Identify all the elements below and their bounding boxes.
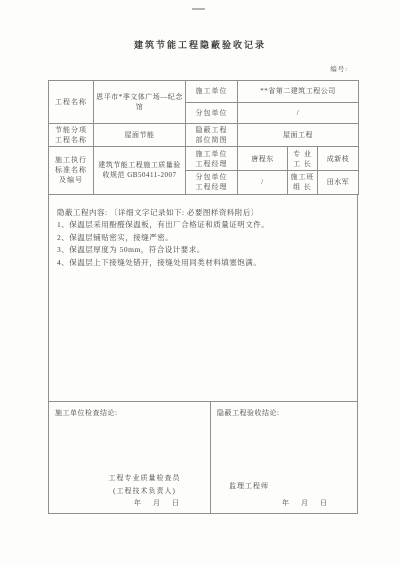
construction-check-title: 施工单位检查结论: (55, 408, 204, 418)
supervisor-signature-line: 监理工程师 (211, 480, 287, 493)
acceptance-conclusion-box: 隐蔽工程验收结论: 监理工程师 年 月 日 (211, 402, 357, 513)
foreman-value: 成新枝 (318, 147, 359, 171)
left-date-line: 年 月 日 (134, 498, 180, 508)
sub-manager-label: 分包单位 工程经理 (186, 171, 238, 194)
inspector-signature-block: 工程专业质量检查员 (工程技术负责人) (79, 472, 210, 498)
manager-value: 唐程东 (238, 147, 288, 171)
crew-leader-label: 施工班 组 长 (288, 171, 318, 194)
supervisor-signature-block: 监理工程师 (211, 480, 287, 493)
manager-label: 施工单位 工程经理 (186, 147, 238, 171)
project-name-label: 工程名称 (49, 81, 94, 124)
content-item-4: 4、保温层上下接缝处错开，接缝处用同类材料填塞饱满。 (57, 257, 347, 270)
content-item-3: 3、保温层厚度为 50mm，符合设计要求。 (57, 244, 347, 257)
hidden-part-label: 隐蔽工程 部位简图 (186, 124, 238, 147)
conclusion-row: 施工单位检查结论: 工程专业质量检查员 (工程技术负责人) 年 月 日 隐蔽工程… (48, 402, 358, 514)
document-title: 建筑节能工程隐蔽验收记录 (0, 38, 400, 51)
record-form: 工程名称 恩平市*季文体广场—纪念馆 施工单位 **省第二建筑工程公司 分包单位… (48, 80, 358, 514)
crew-leader-value: 田水军 (318, 171, 359, 194)
sub-manager-value: / (238, 171, 288, 194)
hidden-part-value: 屋面工程 (238, 124, 359, 147)
content-item-2: 2、保温层铺贴密实，接缝严密。 (57, 232, 347, 245)
right-date-line: 年 月 日 (282, 498, 328, 508)
scan-artifact-mark (192, 8, 205, 10)
acceptance-title: 隐蔽工程验收结论: (217, 408, 351, 418)
subcontract-unit-label: 分包单位 (186, 103, 238, 124)
content-item-1: 1、保温层采用酚醛保温板，有出厂合格证和质量证明文件。 (57, 219, 347, 232)
energy-item-value: 屋面节能 (94, 124, 186, 147)
construction-unit-value: **省第二建筑工程公司 (238, 81, 359, 103)
number-label: 编号: (330, 64, 348, 73)
project-name-value: 恩平市*季文体广场—纪念馆 (94, 81, 186, 124)
energy-item-label: 节能分项 工程名称 (49, 124, 94, 147)
standard-label: 施工执行 标准名称 及编号 (49, 147, 94, 194)
foreman-label: 专 业 工 长 (288, 147, 318, 171)
info-table: 工程名称 恩平市*季文体广场—纪念馆 施工单位 **省第二建筑工程公司 分包单位… (48, 80, 359, 195)
construction-unit-label: 施工单位 (186, 81, 238, 103)
construction-unit-conclusion-box: 施工单位检查结论: 工程专业质量检查员 (工程技术负责人) 年 月 日 (49, 402, 211, 513)
content-header: 隐蔽工程内容: 〔详细文字记录如下: 必要图样资料附后〕 (57, 207, 347, 220)
subcontract-unit-value: / (238, 103, 359, 124)
document-page: 建筑节能工程隐蔽验收记录 编号: 工程名称 恩平市*季文体广场—纪念馆 施工单位… (0, 0, 400, 566)
standard-value: 建筑节能工程施工质量验收规范 GB50411-2007 (94, 147, 186, 194)
inspector-signature-line1: 工程专业质量检查员 (79, 472, 210, 485)
hidden-work-content-box: 隐蔽工程内容: 〔详细文字记录如下: 必要图样资料附后〕 1、保温层采用酚醛保温… (48, 195, 358, 402)
inspector-signature-line2: (工程技术负责人) (79, 485, 210, 498)
